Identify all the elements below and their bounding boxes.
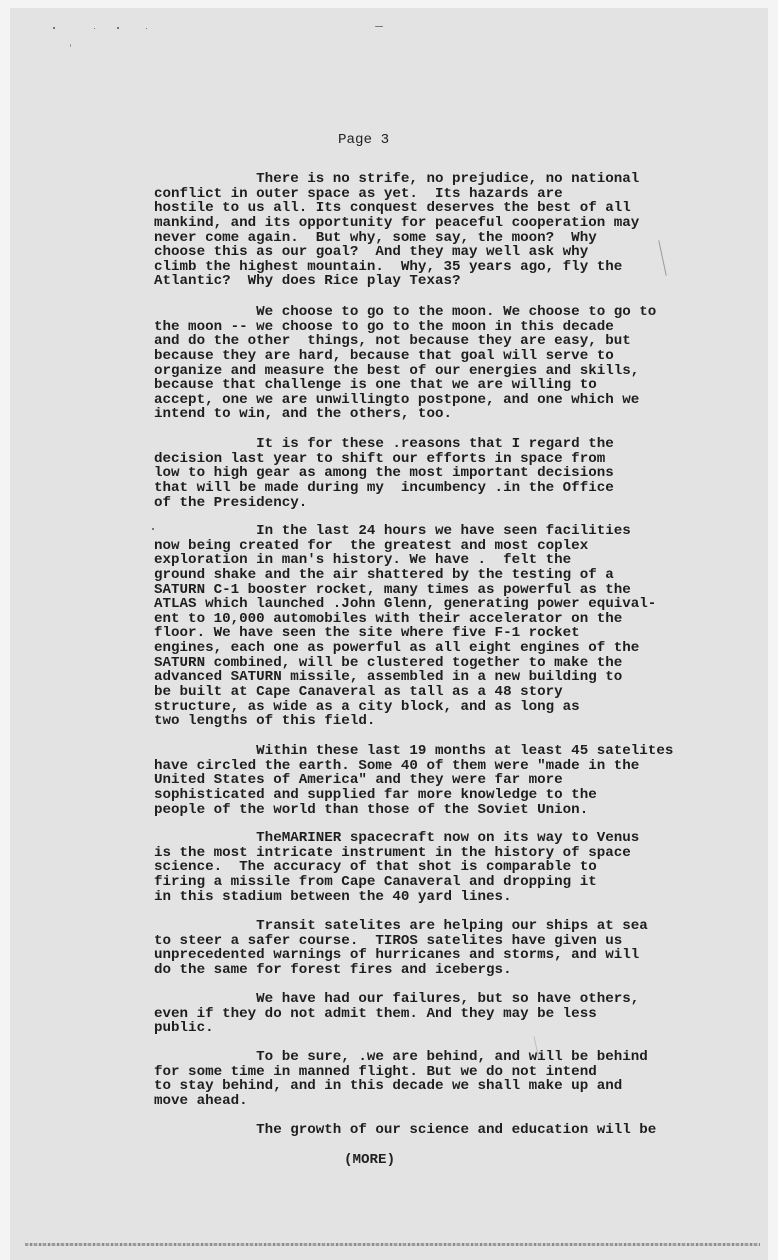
text-line: SATURN combined, will be clustered toget… xyxy=(154,656,694,671)
scan-speck xyxy=(146,28,147,29)
text-line: Transit satelites are helping our ships … xyxy=(154,919,694,934)
text-line: ground shake and the air shattered by th… xyxy=(154,568,694,583)
paragraph-last-24-hours: In the last 24 hours we have seen facili… xyxy=(154,524,694,729)
text-line: ent to 10,000 automobiles with their acc… xyxy=(154,612,694,627)
page-number: Page 3 xyxy=(338,132,389,148)
text-line: science. The accuracy of that shot is co… xyxy=(154,860,694,875)
text-line: floor. We have seen the site where five … xyxy=(154,626,694,641)
text-line: Within these last 19 months at least 45 … xyxy=(154,744,694,759)
text-line: move ahead. xyxy=(154,1094,694,1109)
scan-speck xyxy=(375,26,383,27)
text-line: choose this as our goal? And they may we… xyxy=(154,245,694,260)
text-line: We have had our failures, but so have ot… xyxy=(154,992,694,1007)
paragraph-behind: To be sure, .we are behind, and will be … xyxy=(154,1050,694,1109)
paragraph-no-strife: There is no strife, no prejudice, no nat… xyxy=(154,172,694,289)
text-line: low to high gear as among the most impor… xyxy=(154,466,694,481)
paragraph-choose-the-moon: We choose to go to the moon. We choose t… xyxy=(154,305,694,422)
text-line: The growth of our science and education … xyxy=(154,1123,694,1138)
text-line: in this stadium between the 40 yard line… xyxy=(154,890,694,905)
text-line: decision last year to shift our efforts … xyxy=(154,452,694,467)
text-line: of the Presidency. xyxy=(154,496,694,511)
text-line: never come again. But why, some say, the… xyxy=(154,231,694,246)
text-line: conflict in outer space as yet. Its haza… xyxy=(154,187,694,202)
text-line: for some time in manned flight. But we d… xyxy=(154,1065,694,1080)
paragraph-growth-of-science: The growth of our science and education … xyxy=(154,1123,694,1138)
text-line: advanced SATURN missile, assembled in a … xyxy=(154,670,694,685)
paragraph-reasons: It is for these .reasons that I regard t… xyxy=(154,437,694,510)
text-line: It is for these .reasons that I regard t… xyxy=(154,437,694,452)
text-line: engines, each one as powerful as all eig… xyxy=(154,641,694,656)
text-line: public. xyxy=(154,1021,694,1036)
text-line: is the most intricate instrument in the … xyxy=(154,846,694,861)
text-line: intend to win, and the others, too. xyxy=(154,407,694,422)
text-line: United States of America" and they were … xyxy=(154,773,694,788)
paragraph-mariner: TheMARINER spacecraft now on its way to … xyxy=(154,831,694,904)
scan-speck xyxy=(70,44,71,47)
text-line: have circled the earth. Some 40 of them … xyxy=(154,759,694,774)
text-line: the moon -- we choose to go to the moon … xyxy=(154,320,694,335)
text-line: because they are hard, because that goal… xyxy=(154,349,694,364)
scan-bottom-edge xyxy=(25,1243,760,1246)
text-line: that will be made during my incumbency .… xyxy=(154,481,694,496)
text-line: hostile to us all. Its conquest deserves… xyxy=(154,201,694,216)
text-line: people of the world than those of the So… xyxy=(154,803,694,818)
text-line: to stay behind, and in this decade we sh… xyxy=(154,1079,694,1094)
text-line: be built at Cape Canaveral as tall as a … xyxy=(154,685,694,700)
text-line: now being created for the greatest and m… xyxy=(154,539,694,554)
continued-marker: (MORE) xyxy=(344,1152,395,1168)
text-line: In the last 24 hours we have seen facili… xyxy=(154,524,694,539)
text-line: There is no strife, no prejudice, no nat… xyxy=(154,172,694,187)
text-line: organize and measure the best of our ene… xyxy=(154,364,694,379)
text-line: ATLAS which launched .John Glenn, genera… xyxy=(154,597,694,612)
paragraph-transit-satellites: Transit satelites are helping our ships … xyxy=(154,919,694,978)
scanned-document: Page 3 There is no strife, no prejudice,… xyxy=(0,0,778,1260)
text-line: accept, one we are unwillingto postpone,… xyxy=(154,393,694,408)
scan-speck xyxy=(94,28,95,29)
text-line: Atlantic? Why does Rice play Texas? xyxy=(154,274,694,289)
paragraph-satellites-19-months: Within these last 19 months at least 45 … xyxy=(154,744,694,817)
text-line: two lengths of this field. xyxy=(154,714,694,729)
text-line: and do the other things, not because the… xyxy=(154,334,694,349)
text-line: TheMARINER spacecraft now on its way to … xyxy=(154,831,694,846)
text-line: to steer a safer course. TIROS satelites… xyxy=(154,934,694,949)
paragraph-failures: We have had our failures, but so have ot… xyxy=(154,992,694,1036)
text-line: exploration in man's history. We have . … xyxy=(154,553,694,568)
text-line: unprecedented warnings of hurricanes and… xyxy=(154,948,694,963)
scan-speck xyxy=(117,27,119,29)
text-line: firing a missile from Cape Canaveral and… xyxy=(154,875,694,890)
text-line: even if they do not admit them. And they… xyxy=(154,1007,694,1022)
text-line: do the same for forest fires and iceberg… xyxy=(154,963,694,978)
text-line: We choose to go to the moon. We choose t… xyxy=(154,305,694,320)
text-line: climb the highest mountain. Why, 35 year… xyxy=(154,260,694,275)
text-line: SATURN C-1 booster rocket, many times as… xyxy=(154,583,694,598)
text-line: structure, as wide as a city block, and … xyxy=(154,700,694,715)
text-line: because that challenge is one that we ar… xyxy=(154,378,694,393)
text-line: To be sure, .we are behind, and will be … xyxy=(154,1050,694,1065)
text-line: sophisticated and supplied far more know… xyxy=(154,788,694,803)
scan-speck xyxy=(53,27,55,29)
text-line: mankind, and its opportunity for peacefu… xyxy=(154,216,694,231)
